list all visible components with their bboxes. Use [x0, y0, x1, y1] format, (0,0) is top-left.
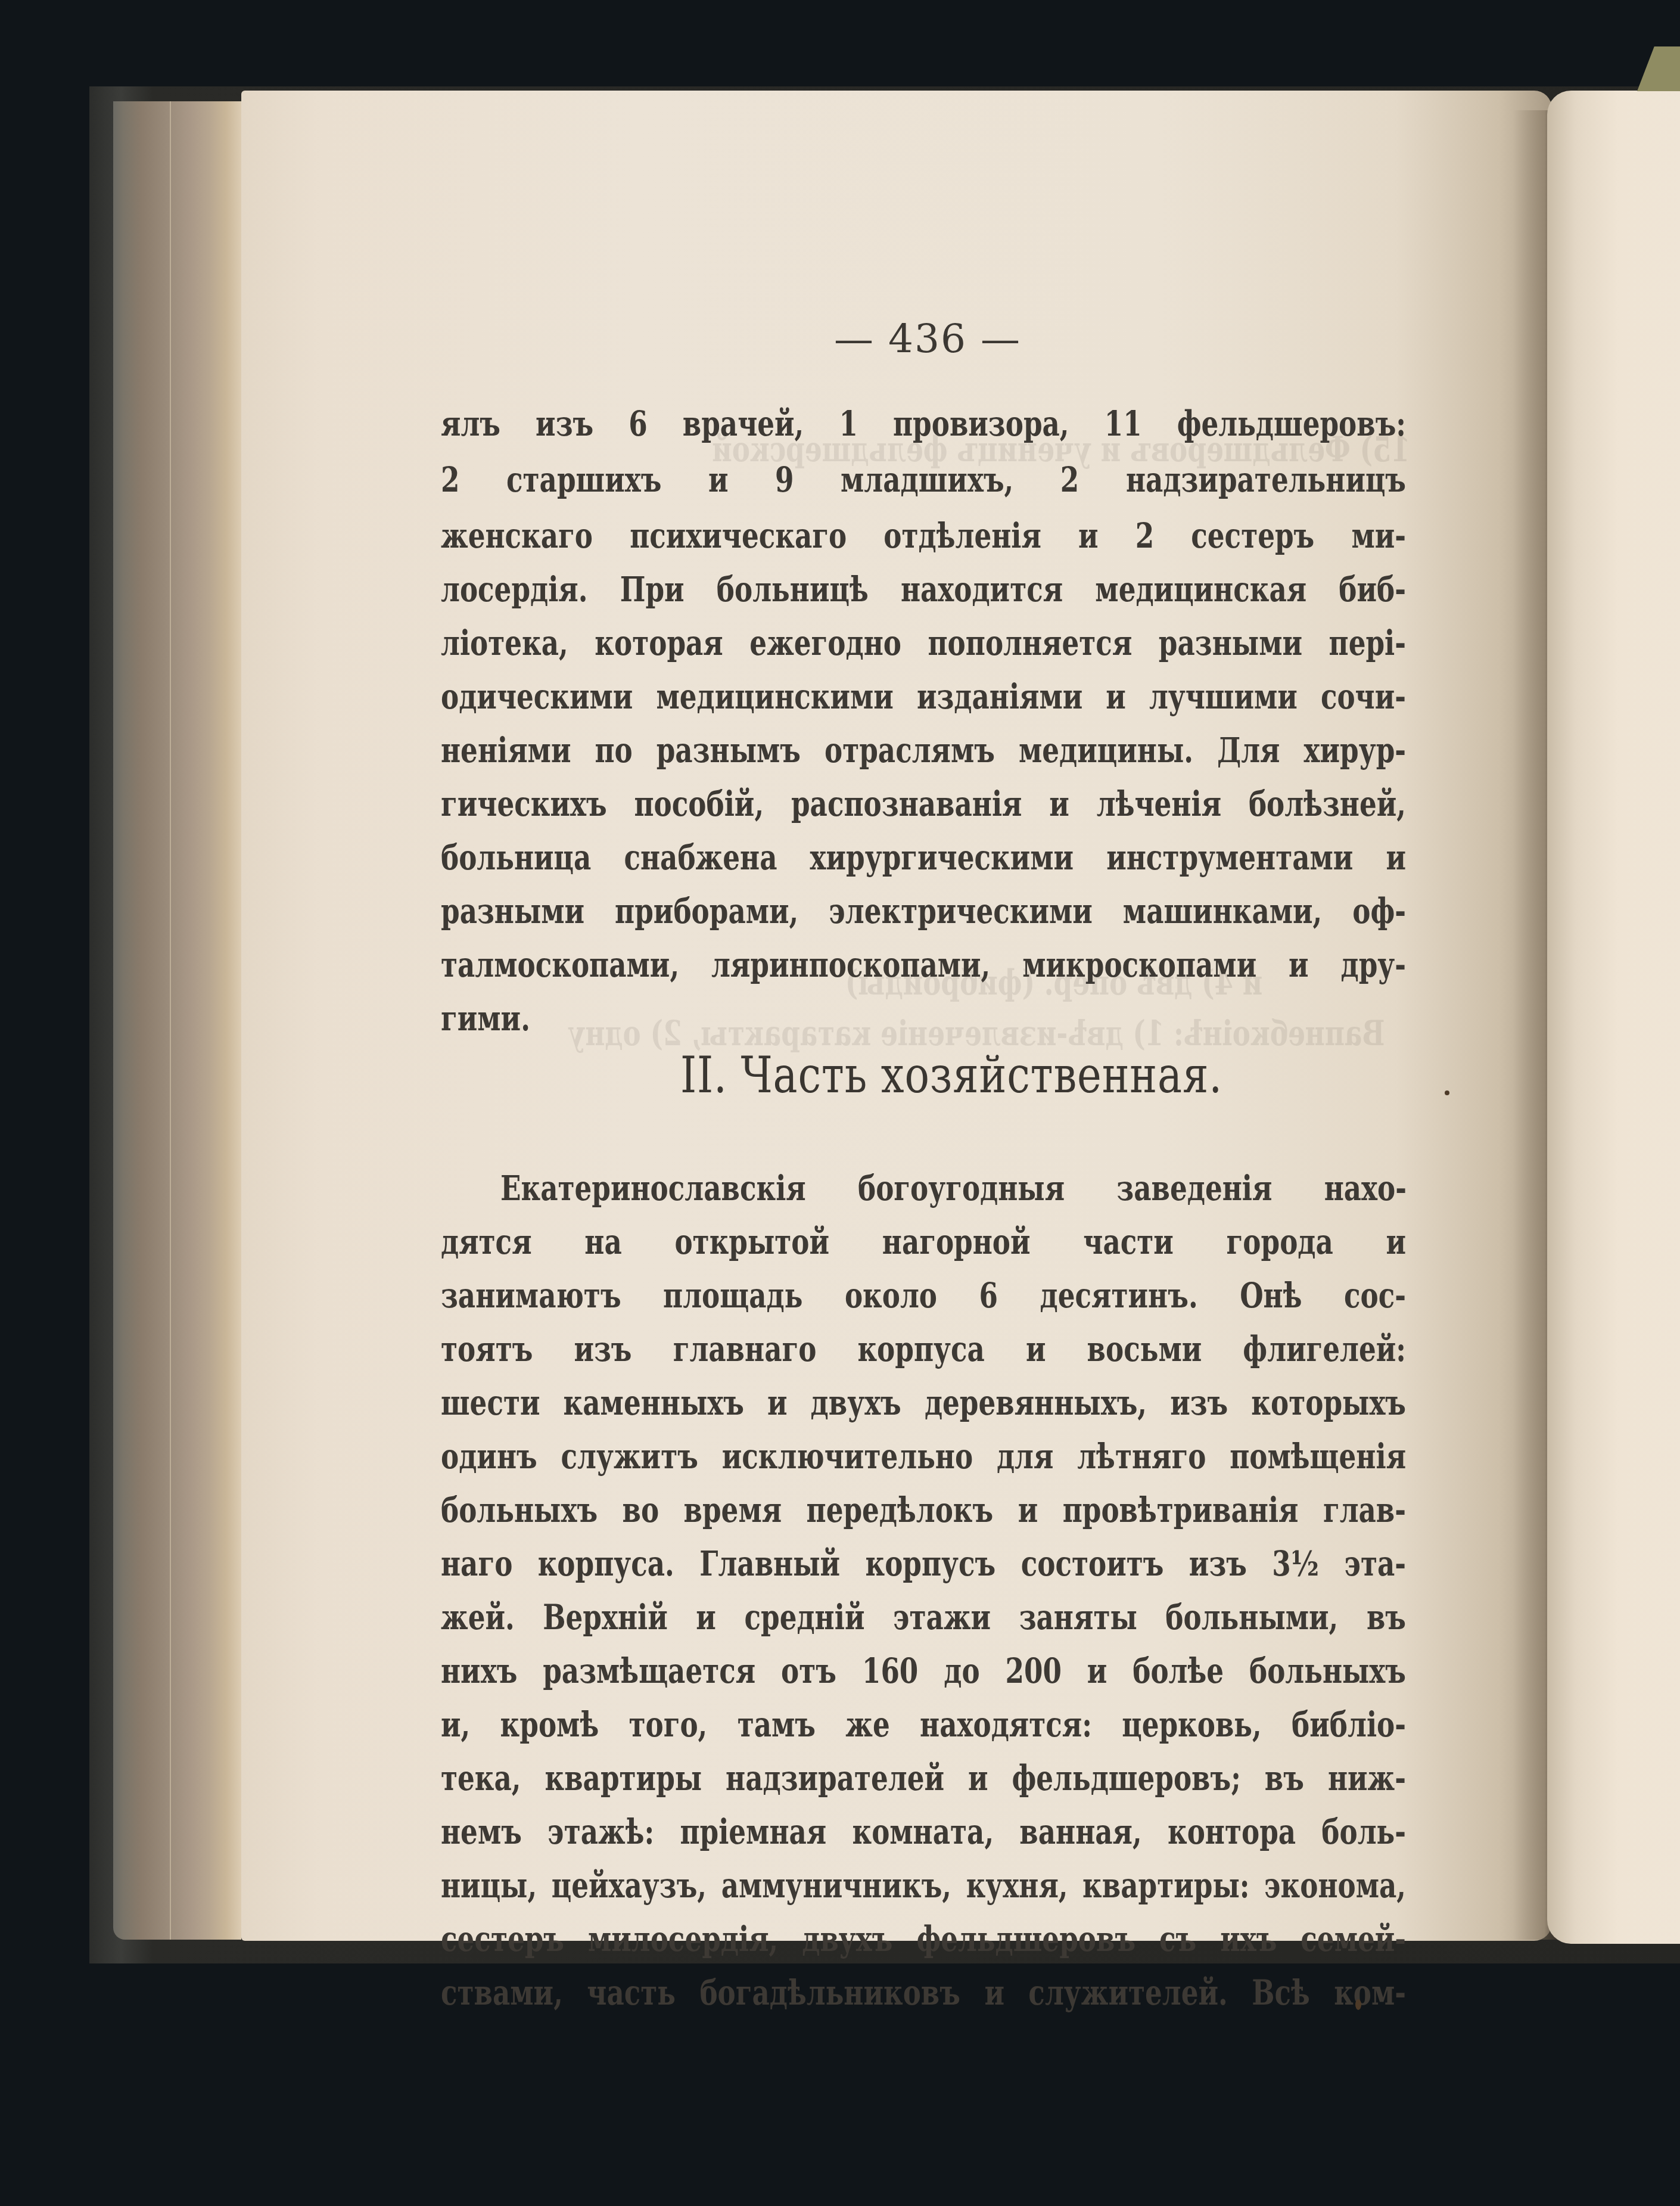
text-line: одическими медицинскими изданіями и лучш…: [441, 679, 1406, 714]
text-line: 2 старшихъ и 9 младшихъ, 2 надзирательни…: [441, 462, 1406, 497]
text-line: Екатеринославскія богоугодныя заведенія …: [500, 1171, 1407, 1205]
text-line: гими.: [441, 1001, 1406, 1036]
paper-speck: [1355, 1999, 1361, 2010]
bookmark-ribbon: [1637, 46, 1680, 91]
text-line: ліотека, которая ежегодно пополняется ра…: [441, 626, 1406, 660]
page-number: — 436 —: [834, 316, 1021, 362]
text-line: немъ этажѣ: пріемная комната, ванная, ко…: [441, 1814, 1406, 1849]
text-line: занимаютъ площадь около 6 десятинъ. Онѣ …: [441, 1278, 1406, 1313]
facing-page: [1547, 91, 1680, 1944]
text-line: жей. Верхній и средній этажи заняты боль…: [441, 1600, 1406, 1635]
text-line: дятся на открытой нагорной части города …: [441, 1225, 1406, 1259]
text-line: больница снабжена хирургическими инструм…: [441, 840, 1406, 875]
text-line: ствами, часть богадѣльниковъ и служителе…: [441, 1975, 1406, 2010]
text-line: и, кромѣ того, тамъ же находятся: церков…: [441, 1707, 1406, 1742]
text-line: наго корпуса. Главный корпусъ состоитъ и…: [441, 1546, 1406, 1581]
text-line: больныхъ во время передѣлокъ и провѣтрив…: [441, 1493, 1406, 1527]
text-line: сестеръ милосердія, двухъ фельдшеровъ съ…: [441, 1922, 1406, 1956]
text-line: гическихъ пособій, распознаванія и лѣчен…: [441, 787, 1406, 821]
page-edge-stack: [113, 101, 241, 1940]
text-line: лосердія. При больницѣ находится медицин…: [441, 572, 1406, 607]
text-line: талмоскопами, ляринпоскопами, микроскопа…: [441, 947, 1406, 982]
scan-background: 15) Фельдшеровъ и ученицъ фельдшерской и…: [0, 0, 1680, 2206]
text-line: одинъ служитъ исключительно для лѣтняго …: [441, 1439, 1406, 1474]
text-line: разными приборами, электрическими машинк…: [441, 894, 1406, 928]
paper-speck: [1445, 1090, 1449, 1095]
text-line: ялъ изъ 6 врачей, 1 провизора, 11 фельдш…: [441, 406, 1406, 441]
text-line: неніями по разнымъ отраслямъ медицины. Д…: [441, 733, 1406, 768]
text-line: ницы, цейхаузъ, аммуничникъ, кухня, квар…: [441, 1868, 1406, 1903]
text-line: тека, квартиры надзирателей и фельдшеров…: [441, 1761, 1406, 1795]
text-line: шести каменныхъ и двухъ деревянныхъ, изъ…: [441, 1385, 1406, 1420]
text-line: женскаго психическаго отдѣленія и 2 сест…: [441, 518, 1406, 553]
section-heading: II. Часть хозяйственная.: [680, 1046, 1222, 1104]
text-line: тоятъ изъ главнаго корпуса и восьми флиг…: [441, 1332, 1406, 1366]
text-line: нихъ размѣщается отъ 160 до 200 и болѣе …: [441, 1654, 1406, 1688]
